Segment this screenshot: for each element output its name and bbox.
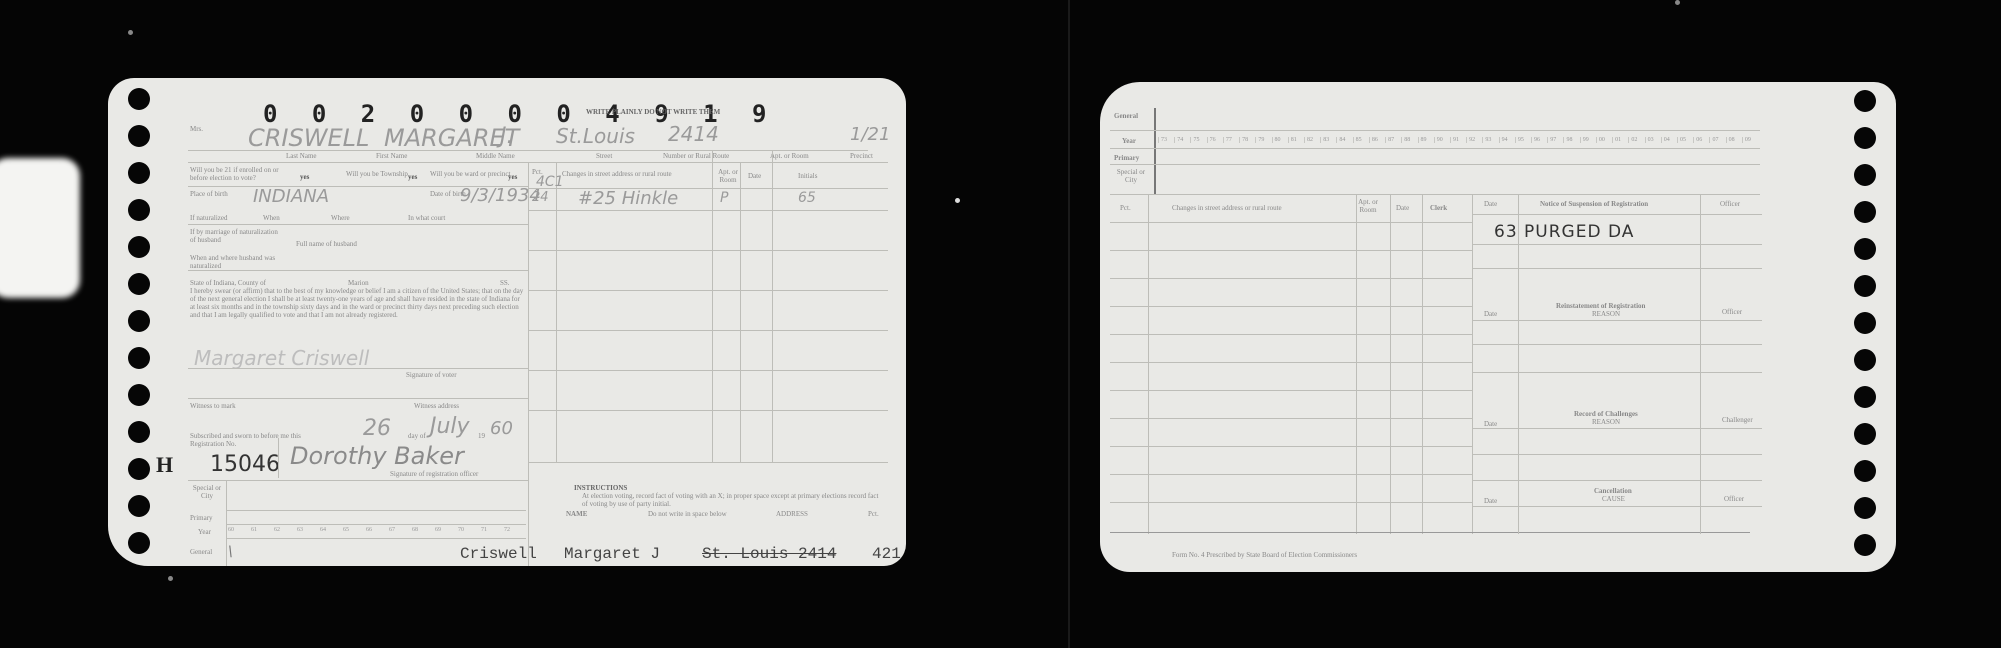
oath-text: I hereby swear (or affirm) that to the b… [190, 287, 524, 319]
year-cell: 80 [1272, 137, 1288, 143]
street-number: 2414 [668, 122, 719, 146]
pct-header: Pct. [1120, 204, 1131, 212]
general-vote-mark: \ [228, 544, 233, 560]
year-cell: 76 [1207, 137, 1223, 143]
year-cell: 95 [1515, 137, 1531, 143]
rule [1110, 222, 1472, 223]
rule [1110, 418, 1472, 419]
punch-hole [128, 458, 150, 480]
year-cell: 92 [1466, 137, 1482, 143]
place-of-birth-label: Place of birth [190, 190, 228, 198]
qualification-q2: Will you be Township [346, 170, 408, 178]
year-cell: 69 [435, 527, 458, 533]
changes-header: Changes in street address or rural route [562, 170, 672, 178]
punch-hole [128, 532, 150, 554]
precinct-label: Precinct [850, 152, 873, 160]
rule [1110, 502, 1472, 503]
subscribed-label: Subscribed and sworn to before me this [190, 432, 301, 440]
suspension-title: Notice of Suspension of Registration [1540, 200, 1648, 208]
punch-hole [1854, 90, 1876, 112]
dust-speck [1675, 0, 1680, 5]
witness-label: Witness to mark [190, 402, 236, 410]
last-name-label: Last Name [286, 152, 317, 160]
typed-address: St. Louis 2414 [702, 545, 836, 563]
rule [556, 162, 557, 462]
registrar-signature: Dorothy Baker [290, 442, 464, 470]
punch-hole [1854, 497, 1876, 519]
signature-label: Signature of voter [406, 371, 457, 379]
rule [188, 150, 868, 151]
registration-card-back: General Year Primary Special or City 737… [1100, 82, 1896, 572]
year-cell: 81 [1288, 137, 1304, 143]
purged-stamp: 63 PURGED DA [1494, 222, 1634, 242]
year-cell: 82 [1304, 137, 1320, 143]
clerk-header: Clerk [1430, 204, 1447, 212]
punch-hole [1854, 127, 1876, 149]
year-row: 7374757677787980818283848586878889909192… [1158, 137, 1758, 143]
grid-row-primary: Primary [1114, 154, 1139, 162]
film-frame-divider [1068, 0, 1070, 648]
court-label: In what court [408, 214, 445, 222]
rule [226, 538, 526, 539]
year-cell: 02 [1628, 137, 1644, 143]
year-cell: 72 [504, 527, 527, 533]
year-cell: 88 [1401, 137, 1417, 143]
rule [1110, 250, 1472, 251]
year-cell: 66 [366, 527, 389, 533]
rule [712, 150, 713, 462]
date-header: Date [748, 172, 761, 180]
rule [1472, 372, 1762, 373]
registrar-label: Signature of registration officer [390, 470, 478, 478]
year-cell: 97 [1547, 137, 1563, 143]
q3-value: yes [508, 173, 517, 181]
grid-row-primary: Primary [190, 514, 213, 522]
rule [1472, 244, 1762, 245]
punch-hole [128, 162, 150, 184]
day-of-label: day of [408, 432, 426, 440]
husband-when-where-label: When and where husband was naturalized [190, 254, 280, 270]
rule [740, 162, 741, 462]
first-name-label: First Name [376, 152, 407, 160]
year-cell: 98 [1563, 137, 1579, 143]
rule [1472, 344, 1762, 345]
reinstatement-date-header: Date [1484, 310, 1497, 318]
year-cell: 65 [343, 527, 366, 533]
grid-row-general: General [190, 548, 212, 556]
punch-hole [128, 199, 150, 221]
reinstatement-officer-header: Officer [1722, 308, 1742, 316]
registration-letter: H [156, 452, 173, 478]
year-cell: 70 [458, 527, 481, 533]
rule [226, 510, 526, 511]
punch-hole [1854, 312, 1876, 334]
rule [188, 368, 528, 369]
rule [1472, 214, 1762, 215]
rule [772, 150, 773, 462]
cancellation-date-header: Date [1484, 497, 1497, 505]
registration-number: 15046 [210, 452, 280, 477]
county-value: Marion [348, 279, 369, 287]
year-cell: 07 [1709, 137, 1725, 143]
change-address: #25 Hinkle [578, 188, 678, 209]
grid-row-year: Year [1122, 137, 1136, 145]
rule [1472, 480, 1762, 481]
rule [528, 410, 888, 411]
rule [528, 162, 529, 462]
naturalized-label: If naturalized [190, 214, 228, 222]
rule [528, 210, 888, 211]
year-cell: 79 [1255, 137, 1271, 143]
street: St.Louis [556, 124, 635, 148]
year-cell: 84 [1336, 137, 1352, 143]
punch-hole [128, 347, 150, 369]
punch-hole [1854, 349, 1876, 371]
qualification-q3: Will you be ward or precinct [430, 170, 510, 178]
punch-hole [1854, 238, 1876, 260]
rule [1472, 428, 1762, 429]
rule [1110, 474, 1472, 475]
year-cell: 96 [1531, 137, 1547, 143]
suspension-date-header: Date [1484, 200, 1497, 208]
grid-row-year: Year [198, 528, 211, 536]
apt-header: Apt. or Room [716, 168, 740, 184]
rule [1110, 306, 1472, 307]
punch-hole [1854, 386, 1876, 408]
typed-pct: 421 [872, 545, 901, 563]
year-cell: 87 [1385, 137, 1401, 143]
rule [188, 480, 528, 481]
date-header: Date [1396, 204, 1409, 212]
punch-hole [128, 273, 150, 295]
rule [1518, 194, 1519, 534]
challenges-date-header: Date [1484, 420, 1497, 428]
rule [1110, 164, 1760, 165]
registration-no-label: Registration No. [190, 440, 236, 448]
year-cell: 94 [1499, 137, 1515, 143]
punch-hole [128, 384, 150, 406]
punch-hole [1854, 534, 1876, 556]
title-prefix: Mrs. [190, 125, 203, 133]
year-cell: 04 [1661, 137, 1677, 143]
year-cell: 67 [389, 527, 412, 533]
rule [1110, 278, 1472, 279]
year-cell: 91 [1450, 137, 1466, 143]
year-cell: 71 [481, 527, 504, 533]
registration-card-front: 0 0 2 0 0 0 0 4 9 1 9 WRITE PLAINLY DO N… [108, 78, 906, 566]
year-cell: 89 [1418, 137, 1434, 143]
rule [226, 524, 526, 525]
year-cell: 68 [412, 527, 435, 533]
punch-hole [1854, 460, 1876, 482]
year-cell: 09 [1742, 137, 1758, 143]
ss-label: SS. [500, 279, 510, 287]
year-cell: 93 [1482, 137, 1498, 143]
last-name: CRISWELL [248, 124, 369, 152]
rule [1472, 268, 1762, 269]
rule [1110, 334, 1472, 335]
punch-hole [1854, 275, 1876, 297]
year-cell: 83 [1320, 137, 1336, 143]
year-cell: 05 [1677, 137, 1693, 143]
reinstatement-title: Reinstatement of Registration [1556, 302, 1645, 310]
initials-header: Initials [798, 172, 817, 180]
rule [528, 370, 888, 371]
middle-name-label: Middle Name [476, 152, 515, 160]
dust-speck [955, 198, 960, 203]
rule [188, 398, 528, 399]
rule [278, 438, 279, 478]
dust-speck [128, 30, 133, 35]
year-cell: 90 [1434, 137, 1450, 143]
change-pct: 24 [532, 190, 549, 205]
pct-footer-header: Pct. [868, 510, 879, 518]
rule [188, 162, 888, 163]
rule [528, 462, 888, 463]
year-cell: 01 [1612, 137, 1628, 143]
cancellation-cause-header: CAUSE [1602, 495, 1625, 503]
rule [1110, 194, 1760, 195]
county-label: State of Indiana, County of [190, 279, 266, 287]
year-cell: 74 [1174, 137, 1190, 143]
apt-label: Apt. or Room [770, 152, 809, 160]
rule [1154, 108, 1156, 194]
rule [1472, 194, 1473, 534]
q1-value: yes [300, 173, 309, 181]
changes-header: Changes in street address or rural route [1172, 204, 1282, 212]
subscribed-day: 26 [363, 416, 391, 441]
precinct: 1/21 [850, 124, 890, 145]
change-apt: P [720, 190, 728, 206]
challenges-reason-header: REASON [1592, 418, 1620, 426]
year-cell: 85 [1353, 137, 1369, 143]
punch-hole [128, 421, 150, 443]
grid-row-special: Special or City [1116, 168, 1146, 184]
year-cell: 77 [1223, 137, 1239, 143]
place-of-birth: INDIANA [253, 186, 329, 207]
reinstatement-reason-header: REASON [1592, 310, 1620, 318]
year-cell: 06 [1693, 137, 1709, 143]
typed-first-name: Margaret J [564, 545, 660, 563]
rule [1700, 194, 1701, 534]
punch-hole [1854, 201, 1876, 223]
year-cell: 78 [1239, 137, 1255, 143]
rule [1110, 130, 1760, 131]
year-cell: 86 [1369, 137, 1385, 143]
punch-hole [1854, 164, 1876, 186]
rule [1472, 506, 1762, 507]
suspension-officer-header: Officer [1720, 200, 1740, 208]
rule [188, 270, 528, 271]
year-cell: 03 [1645, 137, 1661, 143]
year-cell: 60 [228, 527, 251, 533]
instructions-title: INSTRUCTIONS [574, 484, 627, 492]
number-label: Number or Rural Route [663, 152, 729, 160]
where-label: Where [331, 214, 350, 222]
instructions-text: At election voting, record fact of votin… [582, 492, 882, 508]
grid-row-special: Special or City [190, 484, 224, 500]
q2-value: yes [408, 173, 417, 181]
witness-address-label: Witness address [414, 402, 459, 410]
street-label: Street [596, 152, 612, 160]
year-cell: 75 [1190, 137, 1206, 143]
voter-signature: Margaret Criswell [194, 346, 369, 370]
rule [1110, 532, 1750, 533]
year-cell: 00 [1596, 137, 1612, 143]
rule [1110, 446, 1472, 447]
punch-hole [128, 125, 150, 147]
header-instruction: WRITE PLAINLY DO NOT WRITE THEM [586, 108, 720, 116]
year-cell: 61 [251, 527, 274, 533]
punch-hole [128, 88, 150, 110]
punch-hole [128, 310, 150, 332]
punch-hole [128, 495, 150, 517]
rule [1472, 454, 1762, 455]
dust-speck [168, 576, 173, 581]
year-cell: 64 [320, 527, 343, 533]
year-cell: 08 [1726, 137, 1742, 143]
rule [188, 224, 528, 225]
subscribed-year: 60 [490, 418, 513, 439]
do-not-write-note: Do not write in space below [648, 510, 727, 518]
punch-hole [128, 236, 150, 258]
typed-last-name: Criswell [460, 545, 537, 563]
middle-name: J. [500, 124, 513, 149]
husband-naturalization-label: If by marriage of naturalization of husb… [190, 228, 280, 244]
address-header: ADDRESS [776, 510, 808, 518]
punch-hole [1854, 423, 1876, 445]
when-label: When [263, 214, 280, 222]
year-cell: 62 [274, 527, 297, 533]
rule [1110, 390, 1472, 391]
cancellation-title: Cancellation [1594, 487, 1632, 495]
form-footer: Form No. 4 Prescribed by State Board of … [1172, 551, 1357, 559]
name-header: NAME [566, 510, 587, 518]
rule [226, 480, 227, 566]
subscribed-month: July [430, 414, 470, 439]
challenges-title: Record of Challenges [1574, 410, 1638, 418]
year-row: 60 61 62 63 64 65 66 67 68 69 70 71 72 [228, 527, 528, 533]
grid-row-general: General [1114, 112, 1138, 120]
challenger-header: Challenger [1722, 416, 1753, 424]
rule [1472, 320, 1762, 321]
scanner-glare [0, 158, 80, 298]
cancellation-officer-header: Officer [1724, 495, 1744, 503]
rule [528, 290, 888, 291]
rule [1390, 194, 1391, 534]
rule [1110, 148, 1760, 149]
year-cell: 73 [1158, 137, 1174, 143]
rule [1110, 362, 1472, 363]
year-label: 19 [478, 432, 485, 440]
rule [1356, 194, 1357, 534]
rule [528, 250, 888, 251]
qualification-q1: Will you be 21 if enrolled on or before … [190, 166, 280, 182]
husband-name-label: Full name of husband [296, 240, 357, 248]
year-cell: 63 [297, 527, 320, 533]
year-cell: 99 [1580, 137, 1596, 143]
apt-header: Apt. or Room [1358, 198, 1378, 214]
rule [1148, 194, 1149, 534]
rule [1422, 194, 1423, 534]
rule [528, 330, 888, 331]
change-initials: 65 [798, 190, 816, 206]
